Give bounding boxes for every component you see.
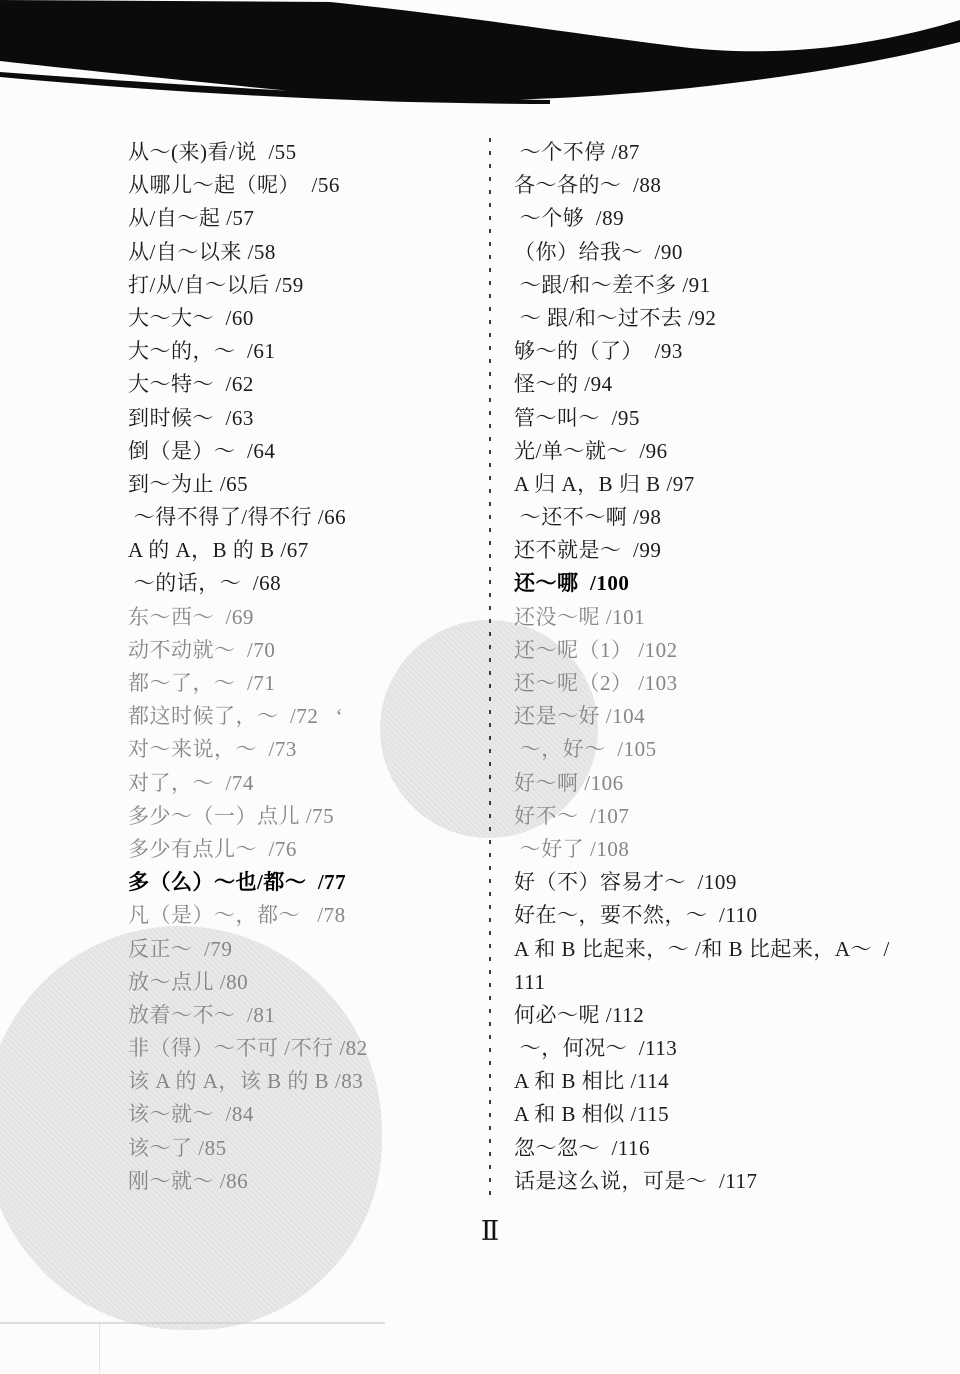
toc-entry: 还是～好 /104 — [514, 700, 954, 733]
toc-entry: 还不就是～ /99 — [514, 534, 954, 567]
toc-entry: 都～了，～ /71 — [128, 667, 488, 700]
toc-entry: 从哪儿～起（呢） /56 — [128, 169, 488, 202]
toc-entry: ～还不～啊 /98 — [514, 501, 954, 534]
toc-entry: 都这时候了，～ /72 ʻ — [128, 700, 488, 733]
toc-entry: 从/自～起 /57 — [128, 202, 488, 235]
toc-entry: 该 A 的 A，该 B 的 B /83 — [128, 1065, 488, 1098]
toc-entry: 对～来说，～ /73 — [128, 733, 488, 766]
toc-entry: 还没～呢 /101 — [514, 601, 954, 634]
toc-entry: 忽～忽～ /116 — [514, 1132, 954, 1165]
toc-entry: A 和 B 相比 /114 — [514, 1065, 954, 1098]
toc-entry: A 和 B 比起来，～ /和 B 比起来，A～ / — [514, 933, 954, 966]
toc-entry: ～得不得了/得不行 /66 — [128, 501, 488, 534]
toc-entry: 放～点儿 /80 — [128, 966, 488, 999]
toc-entry: ～，何况～ /113 — [514, 1032, 954, 1065]
toc-entry: 多少有点儿～ /76 — [128, 833, 488, 866]
swoosh-svg — [0, 0, 960, 130]
toc-entry: 光/单～就～ /96 — [514, 435, 954, 468]
toc-entry: 对了，～ /74 — [128, 767, 488, 800]
toc-entry: 好在～，要不然，～ /110 — [514, 899, 954, 932]
toc-entry: ～跟/和～差不多 /91 — [514, 269, 954, 302]
toc-entry: 多（么）～也/都～ /77 — [128, 866, 488, 899]
column-divider-dotted-line — [489, 138, 491, 1204]
toc-entry: 还～呢（2） /103 — [514, 667, 954, 700]
scan-artifact-horizontal-line — [0, 1322, 385, 1324]
toc-entry: 从/自～以来 /58 — [128, 236, 488, 269]
scan-artifact-vertical-line — [99, 1323, 100, 1374]
toc-entry: 凡（是）～，都～ /78 — [128, 899, 488, 932]
toc-entry: 从～(来)看/说 /55 — [128, 136, 488, 169]
toc-entry: 到时候～ /63 — [128, 402, 488, 435]
toc-entry: 多少～（一）点儿 /75 — [128, 800, 488, 833]
toc-entry: ～个够 /89 — [514, 202, 954, 235]
toc-entry: 反正～ /79 — [128, 933, 488, 966]
toc-entry: 何必～呢 /112 — [514, 999, 954, 1032]
toc-entry: A 和 B 相似 /115 — [514, 1098, 954, 1131]
toc-entry: 非（得）～不可 /不行 /82 — [128, 1032, 488, 1065]
toc-entry: 大～的，～ /61 — [128, 335, 488, 368]
toc-entry: 怪～的 /94 — [514, 368, 954, 401]
page-number: Ⅱ — [458, 1216, 522, 1247]
toc-entry: 该～了 /85 — [128, 1132, 488, 1165]
toc-entry: 到～为止 /65 — [128, 468, 488, 501]
toc-entry: 还～呢（1） /102 — [514, 634, 954, 667]
toc-entry: ～的话，～ /68 — [128, 567, 488, 600]
toc-entry: 话是这么说，可是～ /117 — [514, 1165, 954, 1198]
toc-entry: ～ 跟/和～过不去 /92 — [514, 302, 954, 335]
scanned-book-page: 从～(来)看/说 /55从哪儿～起（呢） /56从/自～起 /57从/自～以来 … — [0, 0, 960, 1374]
toc-entry: 动不动就～ /70 — [128, 634, 488, 667]
toc-entry: ～，好～ /105 — [514, 733, 954, 766]
toc-entry: 够～的（了） /93 — [514, 335, 954, 368]
toc-entry: 东～西～ /69 — [128, 601, 488, 634]
toc-entry: ～好了 /108 — [514, 833, 954, 866]
header-swoosh-graphic — [0, 0, 960, 130]
toc-entry: 大～特～ /62 — [128, 368, 488, 401]
toc-entry: 111 — [514, 966, 954, 999]
toc-entry: 该～就～ /84 — [128, 1098, 488, 1131]
toc-entry: 好不～ /107 — [514, 800, 954, 833]
toc-entry: （你）给我～ /90 — [514, 236, 954, 269]
toc-left-column: 从～(来)看/说 /55从哪儿～起（呢） /56从/自～起 /57从/自～以来 … — [128, 136, 488, 1198]
toc-right-column: ～个不停 /87各～各的～ /88 ～个够 /89（你）给我～ /90 ～跟/和… — [514, 136, 954, 1198]
toc-entry: 打/从/自～以后 /59 — [128, 269, 488, 302]
toc-entry: A 归 A，B 归 B /97 — [514, 468, 954, 501]
toc-entry: 倒（是）～ /64 — [128, 435, 488, 468]
toc-entry: ～个不停 /87 — [514, 136, 954, 169]
toc-entry: 刚～就～ /86 — [128, 1165, 488, 1198]
toc-entry: 管～叫～ /95 — [514, 402, 954, 435]
toc-entry: A 的 A，B 的 B /67 — [128, 534, 488, 567]
toc-entry: 还～哪 /100 — [514, 567, 954, 600]
toc-entry: 放着～不～ /81 — [128, 999, 488, 1032]
toc-entry: 好（不）容易才～ /109 — [514, 866, 954, 899]
toc-entry: 好～啊 /106 — [514, 767, 954, 800]
toc-entry: 大～大～ /60 — [128, 302, 488, 335]
toc-entry: 各～各的～ /88 — [514, 169, 954, 202]
